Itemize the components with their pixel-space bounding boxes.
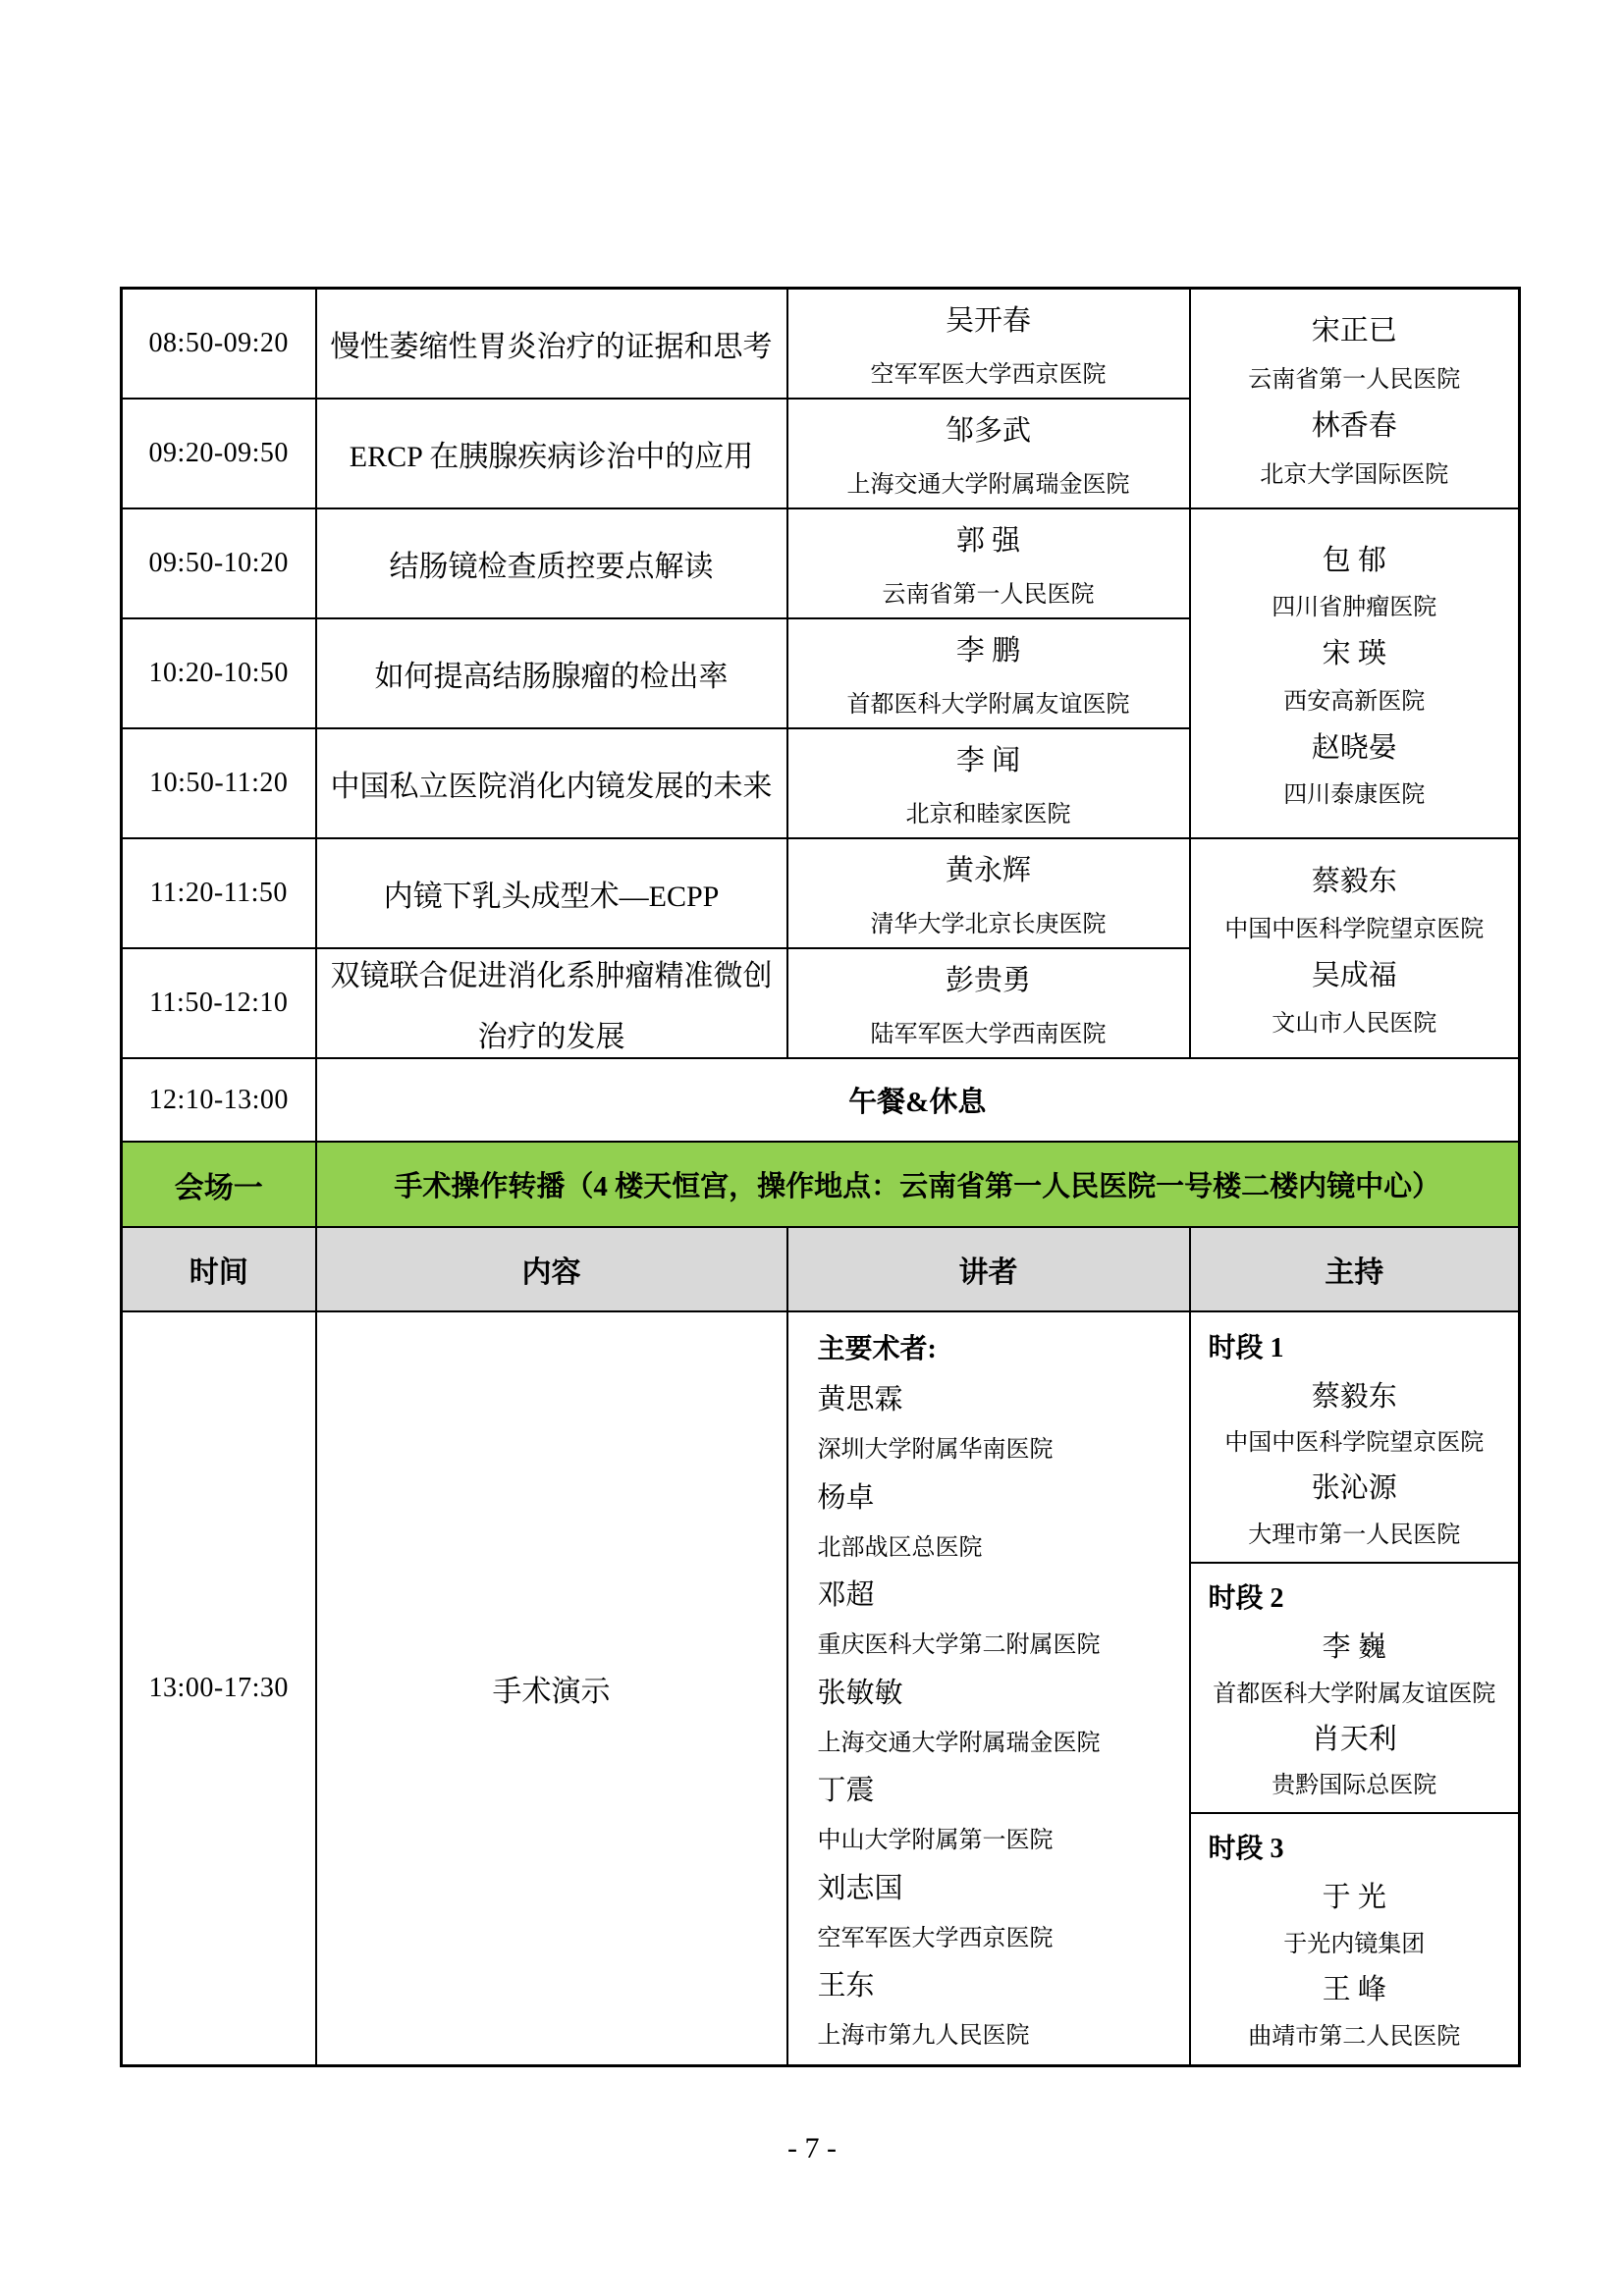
host-org: 文山市人民医院 — [1272, 1003, 1436, 1038]
host-name: 包 郁 — [1323, 538, 1386, 578]
operator-org: 中山大学附属第一医院 — [818, 1820, 1054, 1854]
column-header-time: 时间 — [122, 1227, 316, 1311]
host-cell-rows-6-7: 蔡毅东 中国中医科学院望京医院 吴成福 文山市人民医院 — [1190, 838, 1520, 1058]
period-host-org: 曲靖市第二人民医院 — [1248, 2016, 1460, 2051]
speaker-cell: 黄永辉 清华大学北京长庚医院 — [787, 838, 1190, 948]
speaker-org: 上海交通大学附属瑞金医院 — [788, 464, 1189, 499]
topic-cell: 如何提高结肠腺瘤的检出率 — [316, 618, 787, 728]
speaker-cell: 吴开春 空军军医大学西京医院 — [787, 289, 1190, 400]
speaker-org: 北京和睦家医院 — [788, 794, 1189, 828]
schedule-table: 08:50-09:20 慢性萎缩性胃炎治疗的证据和思考 吴开春 空军军医大学西京… — [120, 287, 1521, 2067]
topic-cell: 双镜联合促进消化系肿瘤精准微创 治疗的发展 — [316, 948, 787, 1058]
host-name: 赵晓晏 — [1312, 725, 1397, 766]
speaker-org: 云南省第一人民医院 — [788, 574, 1189, 609]
time-cell: 11:20-11:50 — [122, 838, 316, 948]
operator-org: 上海市第九人民医院 — [818, 2015, 1030, 2050]
operators-cell: 主要术者: 黄思霖 深圳大学附属华南医院 杨卓 北部战区总医院 邓超 重庆医科大… — [787, 1311, 1190, 2065]
content-cell: 手术演示 — [316, 1311, 787, 2065]
speaker-org: 陆军军医大学西南医院 — [788, 1014, 1189, 1048]
time-cell: 10:20-10:50 — [122, 618, 316, 728]
column-header-content: 内容 — [316, 1227, 787, 1311]
operator-org: 空军军医大学西京医院 — [818, 1918, 1054, 1952]
period-host-org: 贵黔国际总医院 — [1272, 1765, 1436, 1799]
host-group: 包 郁 四川省肿瘤医院 宋 瑛 西安高新医院 赵晓晏 四川泰康医院 — [1191, 528, 1519, 819]
column-header-host: 主持 — [1190, 1227, 1520, 1311]
speaker-org: 空军军医大学西京医院 — [788, 354, 1189, 389]
period-host-name: 张沁源 — [1312, 1466, 1397, 1506]
topic-cell: 内镜下乳头成型术—ECPP — [316, 838, 787, 948]
operator-name: 王东 — [818, 1963, 875, 2003]
operator-org: 北部战区总医院 — [818, 1527, 983, 1562]
host-cell-rows-3-5: 包 郁 四川省肿瘤医院 宋 瑛 西安高新医院 赵晓晏 四川泰康医院 — [1190, 508, 1520, 838]
operator-name: 刘志国 — [818, 1866, 903, 1906]
period-block-2: 时段 2 李 巍 首都医科大学附属友谊医院 肖天利 贵黔国际总医院 — [1191, 1562, 1519, 1812]
periods-list: 时段 1 蔡毅东 中国中医科学院望京医院 张沁源 大理市第一人民医院 时段 2 … — [1191, 1313, 1519, 2063]
topic-cell: 慢性萎缩性胃炎治疗的证据和思考 — [316, 289, 787, 400]
operators-label: 主要术者: — [818, 1327, 937, 1366]
topic-text-line2: 治疗的发展 — [317, 1012, 786, 1055]
page-number: - 7 - — [0, 2132, 1624, 2165]
period-block-3: 时段 3 于 光 于光内镜集团 王 峰 曲靖市第二人民医院 — [1191, 1812, 1519, 2062]
operator-name: 杨卓 — [818, 1475, 875, 1516]
speaker-name: 吴开春 — [788, 298, 1189, 339]
speaker-name: 黄永辉 — [788, 848, 1189, 888]
column-header-speaker: 讲者 — [787, 1227, 1190, 1311]
speaker-name: 李 闻 — [788, 738, 1189, 778]
operators-list: 主要术者: 黄思霖 深圳大学附属华南医院 杨卓 北部战区总医院 邓超 重庆医科大… — [788, 1315, 1189, 2061]
speaker-org: 首都医科大学附属友谊医院 — [788, 684, 1189, 719]
speaker-cell: 李 闻 北京和睦家医院 — [787, 728, 1190, 838]
host-group: 宋正已 云南省第一人民医院 林香春 北京大学国际医院 — [1191, 297, 1519, 500]
operator-name: 丁震 — [818, 1768, 875, 1808]
speaker-name: 李 鹏 — [788, 628, 1189, 668]
topic-text-line1: 双镜联合促进消化系肿瘤精准微创 — [317, 951, 786, 994]
host-name: 吴成福 — [1312, 953, 1397, 993]
time-cell: 08:50-09:20 — [122, 289, 316, 400]
period-host-name: 王 峰 — [1323, 1967, 1386, 2007]
speaker-org: 清华大学北京长庚医院 — [788, 904, 1189, 938]
operator-org: 重庆医科大学第二附属医院 — [818, 1625, 1101, 1659]
host-name: 林香春 — [1312, 403, 1397, 444]
speaker-cell: 邹多武 上海交通大学附属瑞金医院 — [787, 399, 1190, 508]
topic-text: ERCP 在胰腺疾病诊治中的应用 — [317, 432, 786, 475]
period-host-org: 于光内镜集团 — [1283, 1924, 1425, 1958]
time-cell: 11:50-12:10 — [122, 948, 316, 1058]
speaker-name: 郭 强 — [788, 518, 1189, 559]
speaker-cell: 彭贵勇 陆军军医大学西南医院 — [787, 948, 1190, 1058]
period-host-org: 中国中医科学院望京医院 — [1224, 1422, 1484, 1457]
content-text: 手术演示 — [317, 1667, 786, 1710]
time-cell: 13:00-17:30 — [122, 1311, 316, 2065]
host-name: 宋正已 — [1312, 308, 1397, 348]
topic-cell: ERCP 在胰腺疾病诊治中的应用 — [316, 399, 787, 508]
topic-text: 如何提高结肠腺瘤的检出率 — [317, 652, 786, 695]
speaker-name: 彭贵勇 — [788, 958, 1189, 998]
period-host-name: 于 光 — [1323, 1875, 1386, 1915]
time-cell: 09:20-09:50 — [122, 399, 316, 508]
speaker-name: 邹多武 — [788, 408, 1189, 449]
period-block-1: 时段 1 蔡毅东 中国中医科学院望京医院 张沁源 大理市第一人民医院 — [1191, 1313, 1519, 1562]
host-org: 北京大学国际医院 — [1260, 454, 1448, 489]
operator-name: 张敏敏 — [818, 1671, 903, 1711]
operator-name: 邓超 — [818, 1573, 875, 1613]
host-org: 四川泰康医院 — [1283, 774, 1425, 809]
topic-text: 中国私立医院消化内镜发展的未来 — [317, 762, 786, 805]
period-label: 时段 3 — [1191, 1827, 1284, 1866]
host-org: 西安高新医院 — [1283, 681, 1425, 716]
document-page: 08:50-09:20 慢性萎缩性胃炎治疗的证据和思考 吴开春 空军军医大学西京… — [0, 0, 1624, 2296]
period-host-name: 蔡毅东 — [1312, 1374, 1397, 1415]
topic-cell: 结肠镜检查质控要点解读 — [316, 508, 787, 618]
time-cell: 10:50-11:20 — [122, 728, 316, 838]
period-label: 时段 1 — [1191, 1326, 1284, 1365]
period-host-name: 李 巍 — [1323, 1625, 1386, 1665]
host-group: 蔡毅东 中国中医科学院望京医院 吴成福 文山市人民医院 — [1191, 850, 1519, 1047]
period-host-org: 首都医科大学附属友谊医院 — [1213, 1674, 1495, 1708]
host-name: 蔡毅东 — [1312, 859, 1397, 899]
topic-text: 内镜下乳头成型术—ECPP — [317, 872, 786, 915]
speaker-cell: 李 鹏 首都医科大学附属友谊医院 — [787, 618, 1190, 728]
speaker-cell: 郭 强 云南省第一人民医院 — [787, 508, 1190, 618]
venue-cell: 会场一 — [122, 1142, 316, 1227]
operator-org: 上海交通大学附属瑞金医院 — [818, 1723, 1101, 1757]
host-org: 云南省第一人民医院 — [1248, 359, 1460, 394]
host-name: 宋 瑛 — [1323, 631, 1386, 671]
topic-text: 结肠镜检查质控要点解读 — [317, 542, 786, 585]
period-label: 时段 2 — [1191, 1576, 1284, 1616]
time-cell: 12:10-13:00 — [122, 1058, 316, 1142]
session-banner: 手术操作转播（4 楼天恒宫，操作地点：云南省第一人民医院一号楼二楼内镜中心） — [316, 1142, 1520, 1227]
period-host-name: 肖天利 — [1312, 1717, 1397, 1757]
host-org: 中国中医科学院望京医院 — [1224, 909, 1484, 943]
host-org: 四川省肿瘤医院 — [1272, 587, 1436, 621]
periods-cell: 时段 1 蔡毅东 中国中医科学院望京医院 张沁源 大理市第一人民医院 时段 2 … — [1190, 1311, 1520, 2065]
time-cell: 09:50-10:20 — [122, 508, 316, 618]
operator-org: 深圳大学附属华南医院 — [818, 1429, 1054, 1464]
operator-name: 黄思霖 — [818, 1377, 903, 1417]
lunch-cell: 午餐&休息 — [316, 1058, 1520, 1142]
period-host-org: 大理市第一人民医院 — [1248, 1515, 1460, 1549]
host-cell-rows-1-2: 宋正已 云南省第一人民医院 林香春 北京大学国际医院 — [1190, 289, 1520, 509]
topic-text: 慢性萎缩性胃炎治疗的证据和思考 — [317, 322, 786, 365]
topic-cell: 中国私立医院消化内镜发展的未来 — [316, 728, 787, 838]
